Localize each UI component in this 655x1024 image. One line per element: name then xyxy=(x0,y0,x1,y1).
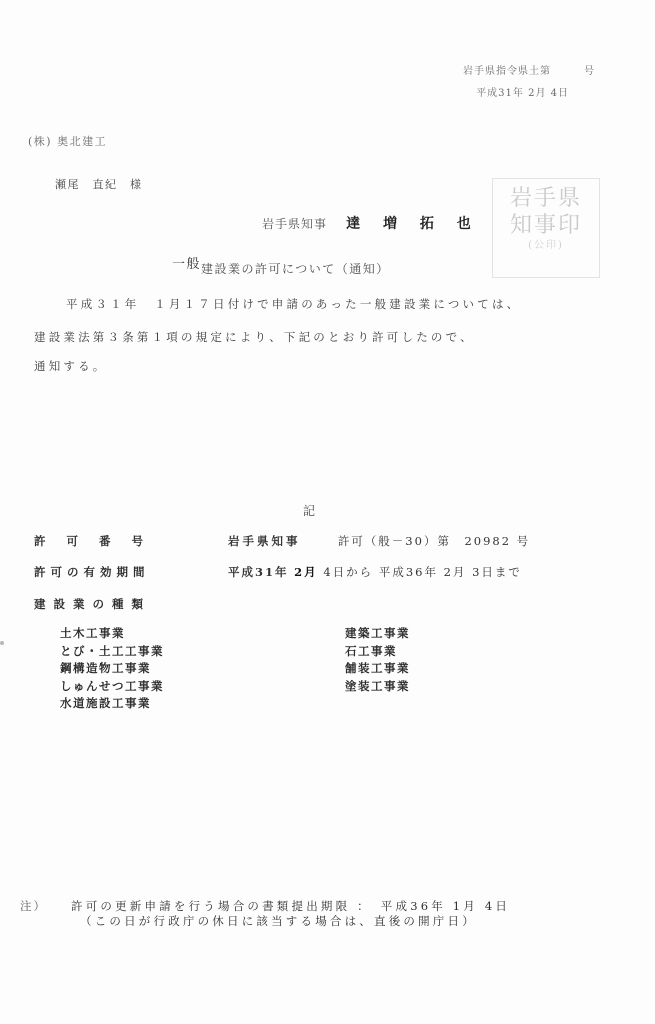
body-line-1: 平成３１年 １月１７日付けで申請のあった一般建設業については、 xyxy=(66,296,521,312)
validity-period-label: 許可の有効期間 xyxy=(34,564,150,580)
recipient-company: (株) 奥北建工 xyxy=(28,133,107,149)
subject-lead: 一般 xyxy=(172,257,201,272)
note-line-2: （この日が行政庁の休日に該当する場合は、直後の開庁日） xyxy=(80,913,477,929)
validity-period-value: 平成31年 2月 4日から 平成36年 2月 3日まで xyxy=(228,564,522,580)
sender-title: 岩手県知事 xyxy=(262,217,327,231)
permit-number-value: 岩手県知事 許可（般－30）第 20982 号 xyxy=(228,533,530,549)
subject-text: 建設業の許可について（通知） xyxy=(201,262,390,276)
business-types-right-column: 建築工事業 石工事業 舗装工事業 塗装工事業 xyxy=(345,625,410,695)
validity-from-rest: 4日から 平成36年 2月 3日まで xyxy=(323,565,522,579)
business-type-item: 塗装工事業 xyxy=(345,678,410,696)
body-line-2: 建設業法第３条第１項の規定により、下記のとおり許可したので、 xyxy=(34,329,475,345)
body-line-3: 通知する。 xyxy=(34,358,108,374)
business-types-label: 建設業の種類 xyxy=(34,596,151,612)
ki-heading: 記 xyxy=(303,502,315,519)
document-date: 平成31年 2月 4日 xyxy=(476,84,569,99)
validity-from-month: 2月 xyxy=(294,565,318,579)
business-type-item: 建築工事業 xyxy=(345,625,410,643)
sender-block: 岩手県知事 達 増 拓 也 xyxy=(262,213,480,233)
document-number: 岩手県指令県土第 号 xyxy=(463,62,595,77)
note-line-1-text: 許可の更新申請を行う場合の書類提出期限 ： 平成36年 1月 4日 xyxy=(71,899,510,913)
business-type-item: 舗装工事業 xyxy=(345,660,410,678)
validity-from-year: 平成31年 xyxy=(228,565,289,579)
recipient-person: 瀬尾 直紀 様 xyxy=(55,176,143,192)
sender-name: 達 増 拓 也 xyxy=(346,216,480,232)
note-mark: 注） xyxy=(20,899,47,913)
business-type-item: とび・土工工事業 xyxy=(60,643,164,661)
permit-number-label: 許可番号 xyxy=(34,533,164,549)
document-subject: 一般建設業の許可について（通知） xyxy=(172,258,390,277)
business-type-item: 土木工事業 xyxy=(60,625,164,643)
business-type-item: 石工事業 xyxy=(345,643,410,661)
business-type-item: 水道施設工事業 xyxy=(60,695,164,713)
note-line-1: 注）許可の更新申請を行う場合の書類提出期限 ： 平成36年 1月 4日 xyxy=(20,898,510,914)
seal-stamp-line-3: (公印) xyxy=(493,239,599,253)
scanned-document-page: 岩手県指令県土第 号 平成31年 2月 4日 (株) 奥北建工 瀬尾 直紀 様 … xyxy=(0,0,655,1024)
permit-number: 許可（般－30）第 20982 号 xyxy=(338,534,530,548)
scan-artifact-mark xyxy=(0,641,4,645)
business-type-item: 鋼構造物工事業 xyxy=(60,660,164,678)
seal-stamp-line-2: 知事印 xyxy=(493,212,599,239)
seal-stamp-line-1: 岩手県 xyxy=(493,185,599,212)
business-types-left-column: 土木工事業 とび・土工工事業 鋼構造物工事業 しゅんせつ工事業 水道施設工事業 xyxy=(60,625,164,713)
business-type-item: しゅんせつ工事業 xyxy=(60,678,164,696)
official-seal-stamp: 岩手県 知事印 (公印) xyxy=(492,178,600,278)
permit-issuer: 岩手県知事 xyxy=(228,534,301,548)
